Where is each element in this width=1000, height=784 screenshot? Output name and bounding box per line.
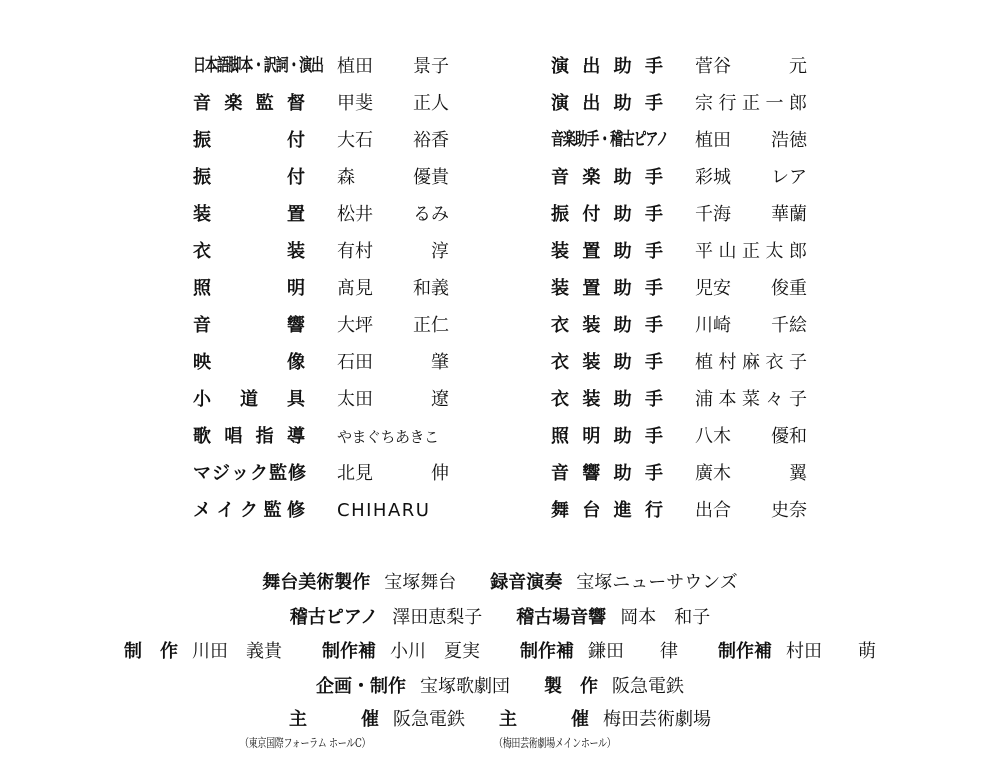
bottom-credits-line-3: 制 作川田 義貴制作補小川 夏実制作補鎌田 律制作補村田 萌 — [0, 640, 1000, 664]
credit-row: マジック監修北見伸 — [193, 456, 453, 493]
given-name: 遼 — [431, 388, 449, 412]
credit-row: 衣装助手植村麻衣子 — [551, 345, 811, 382]
family-name: 廣木 — [695, 462, 731, 486]
credit-row: 日本語脚本・訳詞・演出植田景子 — [193, 49, 453, 86]
credit-name: 澤田恵梨子 — [392, 607, 482, 628]
credit-row: 音響大坪正仁 — [193, 308, 453, 345]
credit-name: 甲斐正人 — [337, 92, 449, 116]
given-name: レア — [771, 166, 807, 190]
credit-role: マジック監修 — [193, 462, 305, 486]
given-name: 肇 — [431, 351, 449, 375]
bottom-credits-line-2: 稽古ピアノ澤田恵梨子稽古場音響岡本 和子 — [0, 606, 1000, 630]
credit-role: 装置助手 — [551, 240, 663, 264]
credit-role: 製 作 — [544, 676, 598, 697]
family-name: 甲斐 — [337, 92, 373, 116]
bottom-credits-line-4: 企画・制作宝塚歌劇団製 作阪急電鉄 — [0, 675, 1000, 699]
credit-row: 音楽監督甲斐正人 — [193, 86, 453, 123]
credit-role: 音楽助手・稽古ピアノ — [551, 125, 663, 157]
venue-caption-umeda: （梅田芸術劇場メインホール） — [494, 734, 615, 751]
credit-name: 阪急電鉄 — [612, 676, 684, 697]
given-name: 伸 — [431, 462, 449, 486]
credit-name: 阪急電鉄 — [393, 709, 465, 730]
credit-name: 大石裕香 — [337, 129, 449, 153]
family-name: 大石 — [337, 129, 373, 153]
credit-role: 振付 — [193, 129, 305, 153]
credit-row: 照明髙見和義 — [193, 271, 453, 308]
credit-name: 村田 萌 — [786, 641, 876, 662]
credit-name: 千海華蘭 — [695, 203, 807, 227]
given-name: るみ — [413, 203, 449, 227]
family-name: 太田 — [337, 388, 373, 412]
credit-role: 制作補 — [322, 641, 376, 662]
given-name: 裕香 — [413, 129, 449, 153]
credit-role: 衣装 — [193, 240, 305, 264]
credit-role: 衣装助手 — [551, 351, 663, 375]
credit-row: 装置松井るみ — [193, 197, 453, 234]
given-name: 正仁 — [413, 314, 449, 338]
credit-name: 植田景子 — [337, 55, 449, 79]
credit-role: 主 催 — [499, 709, 589, 730]
credit-role: 装置助手 — [551, 277, 663, 301]
credit-row: メイク監修CHIHARU — [193, 493, 453, 530]
family-name: 彩城 — [695, 166, 731, 190]
credit-row: 音響助手廣木翼 — [551, 456, 811, 493]
credit-row: 小道具太田遼 — [193, 382, 453, 419]
credit-role: 録音演奏 — [490, 572, 562, 593]
credit-name: 岡本 和子 — [620, 607, 710, 628]
credit-role: 小道具 — [193, 388, 305, 412]
credit-role: 歌唱指導 — [193, 425, 305, 449]
credit-name: 浦本菜々子 — [695, 388, 807, 412]
credit-name: 宗行正一郎 — [695, 92, 807, 116]
credit-role: 映像 — [193, 351, 305, 375]
given-name: 千絵 — [771, 314, 807, 338]
given-name: 俊重 — [771, 277, 807, 301]
credit-name: 八木優和 — [695, 425, 807, 449]
credit-row: 音楽助手彩城レア — [551, 160, 811, 197]
credit-name: CHIHARU — [337, 499, 449, 523]
given-name: 優和 — [771, 425, 807, 449]
credit-role: 衣装助手 — [551, 388, 663, 412]
family-name: 有村 — [337, 240, 373, 264]
family-name: 児安 — [695, 277, 731, 301]
credit-role: 演出助手 — [551, 55, 663, 79]
credit-name: 有村淳 — [337, 240, 449, 264]
given-name: 浩徳 — [771, 129, 807, 153]
credit-row: 衣装助手浦本菜々子 — [551, 382, 811, 419]
credit-role: 振付助手 — [551, 203, 663, 227]
credits-column-right: 演出助手菅谷元演出助手宗行正一郎音楽助手・稽古ピアノ植田浩徳音楽助手彩城レア振付… — [551, 49, 811, 530]
credit-row: 音楽助手・稽古ピアノ植田浩徳 — [551, 123, 811, 160]
credit-row: 衣装有村淳 — [193, 234, 453, 271]
venue-caption-tokyo: （東京国際フォーラム ホールC） — [240, 734, 370, 751]
credit-row: 演出助手菅谷元 — [551, 49, 811, 86]
family-name: 八木 — [695, 425, 731, 449]
given-name: 和義 — [413, 277, 449, 301]
credit-row: 舞台進行出合史奈 — [551, 493, 811, 530]
family-name: 植田 — [695, 129, 731, 153]
credit-name: 大坪正仁 — [337, 314, 449, 338]
given-name: 翼 — [789, 462, 807, 486]
credit-row: 装置助手児安俊重 — [551, 271, 811, 308]
family-name: 植田 — [337, 55, 373, 79]
credit-row: 衣装助手川崎千絵 — [551, 308, 811, 345]
credit-row: 演出助手宗行正一郎 — [551, 86, 811, 123]
family-name: 北見 — [337, 462, 373, 486]
credit-name: 廣木翼 — [695, 462, 807, 486]
credit-name: 川田 義貴 — [192, 641, 282, 662]
credit-role: 制作補 — [520, 641, 574, 662]
family-name: 出合 — [695, 499, 731, 523]
credit-name: 宝塚舞台 — [384, 572, 456, 593]
credit-role: 演出助手 — [551, 92, 663, 116]
credit-name: 小川 夏実 — [390, 641, 480, 662]
credit-name: 太田遼 — [337, 388, 449, 412]
credit-name: 菅谷元 — [695, 55, 807, 79]
family-name: 髙見 — [337, 277, 373, 301]
credit-role: 振付 — [193, 166, 305, 190]
credit-row: 振付大石裕香 — [193, 123, 453, 160]
family-name: 石田 — [337, 351, 373, 375]
credit-role: 稽古ピアノ — [290, 607, 379, 628]
credit-role: 装置 — [193, 203, 305, 227]
credit-role: メイク監修 — [193, 499, 305, 523]
credit-row: 振付助手千海華蘭 — [551, 197, 811, 234]
credit-row: 歌唱指導やまぐちあきこ — [193, 419, 453, 456]
credit-row: 映像石田肇 — [193, 345, 453, 382]
credit-name: 髙見和義 — [337, 277, 449, 301]
credit-role: 舞台美術製作 — [262, 572, 370, 593]
credit-name: 鎌田 律 — [588, 641, 678, 662]
credit-role: 制 作 — [124, 641, 178, 662]
credit-name: 松井るみ — [337, 203, 449, 227]
given-name: 正人 — [413, 92, 449, 116]
given-name: 淳 — [431, 240, 449, 264]
credit-name: 児安俊重 — [695, 277, 807, 301]
family-name: 川崎 — [695, 314, 731, 338]
given-name: 史奈 — [771, 499, 807, 523]
credit-name: 植田浩徳 — [695, 129, 807, 153]
credit-row: 振付森優貴 — [193, 160, 453, 197]
family-name: 菅谷 — [695, 55, 731, 79]
bottom-credits-line-5: 主 催阪急電鉄主 催梅田芸術劇場 — [0, 708, 1000, 732]
credit-role: 舞台進行 — [551, 499, 663, 523]
credit-name: 出合史奈 — [695, 499, 807, 523]
credit-row: 照明助手八木優和 — [551, 419, 811, 456]
credit-row: 装置助手平山正太郎 — [551, 234, 811, 271]
credit-role: 企画・制作 — [316, 676, 406, 697]
credit-name: 石田肇 — [337, 351, 449, 375]
credit-role: 制作補 — [718, 641, 772, 662]
credit-name: 植村麻衣子 — [695, 351, 807, 375]
credit-name: 彩城レア — [695, 166, 807, 190]
given-name: 元 — [789, 55, 807, 79]
credit-role: 音楽監督 — [193, 92, 305, 116]
family-name: 千海 — [695, 203, 731, 227]
credit-name: やまぐちあきこ — [337, 425, 449, 449]
credit-name: 宝塚歌劇団 — [420, 676, 510, 697]
credit-name: 川崎千絵 — [695, 314, 807, 338]
credit-role: 衣装助手 — [551, 314, 663, 338]
credit-role: 照明 — [193, 277, 305, 301]
credit-name: 森優貴 — [337, 166, 449, 190]
family-name: 松井 — [337, 203, 373, 227]
credit-name: 宝塚ニューサウンズ — [576, 572, 737, 593]
credit-role: 日本語脚本・訳詞・演出 — [193, 51, 305, 83]
family-name: 大坪 — [337, 314, 373, 338]
credit-name: 梅田芸術劇場 — [603, 709, 711, 730]
credit-role: 照明助手 — [551, 425, 663, 449]
given-name: 景子 — [413, 55, 449, 79]
credit-role: 主 催 — [289, 709, 379, 730]
credits-column-left: 日本語脚本・訳詞・演出植田景子音楽監督甲斐正人振付大石裕香振付森優貴装置松井るみ… — [193, 49, 453, 530]
given-name: 優貴 — [413, 166, 449, 190]
credit-role: 音響助手 — [551, 462, 663, 486]
credit-name: 北見伸 — [337, 462, 449, 486]
credit-role: 稽古場音響 — [516, 607, 606, 628]
family-name: 森 — [337, 166, 355, 190]
given-name: 華蘭 — [771, 203, 807, 227]
credit-role: 音響 — [193, 314, 305, 338]
credit-role: 音楽助手 — [551, 166, 663, 190]
bottom-credits-line-1: 舞台美術製作宝塚舞台録音演奏宝塚ニューサウンズ — [0, 571, 1000, 595]
credit-name: 平山正太郎 — [695, 240, 807, 264]
